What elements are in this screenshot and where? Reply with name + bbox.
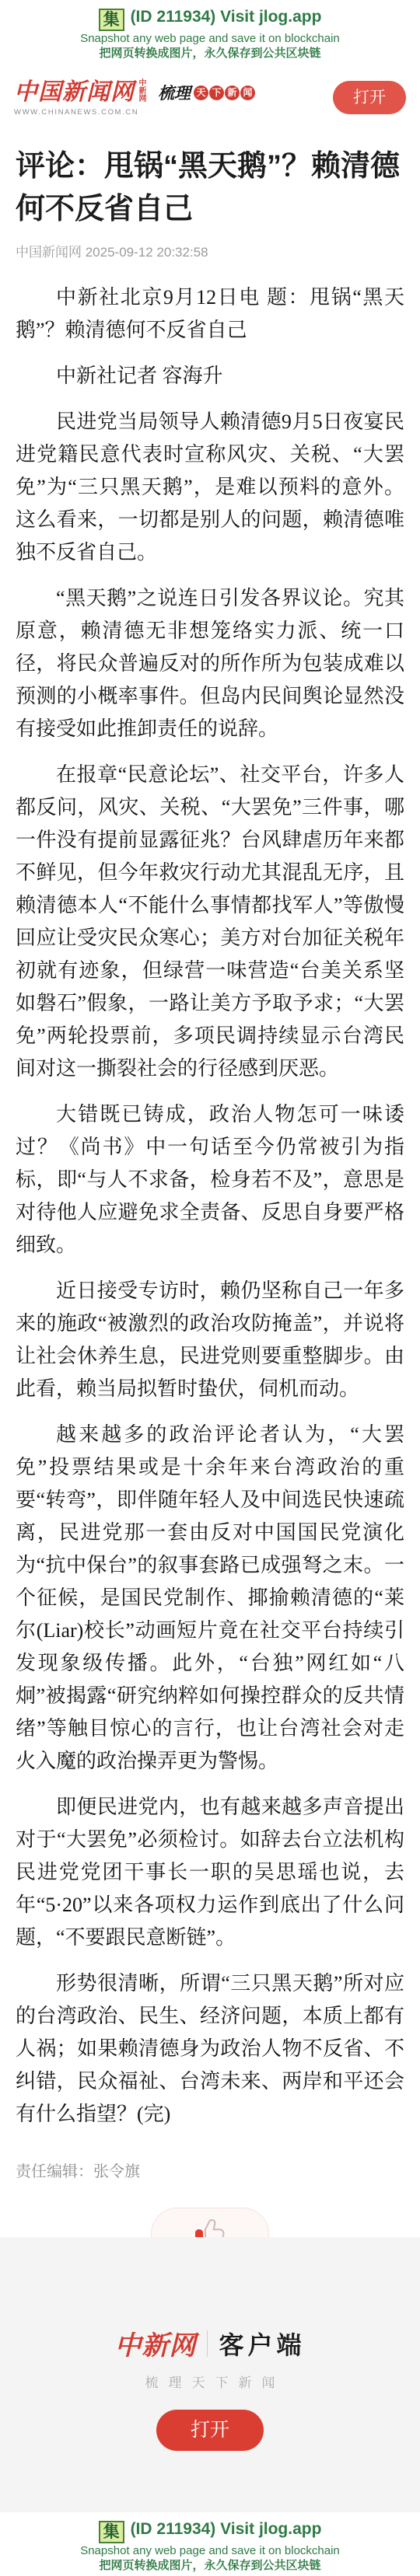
site-header: 中国新闻网 中新网 WWW.CHINANEWS.COM.CN 梳理 天 下 新 … xyxy=(0,68,420,127)
slogan-badge-icon: 天 xyxy=(194,86,208,100)
article-paragraph: 形势很清晰，所谓“三只黑天鹅”所对应的台湾政治、民生、经济问题，本质上都有人祸；… xyxy=(16,1967,404,2131)
open-app-button-footer[interactable]: 打开 xyxy=(156,2410,264,2451)
bottom-snapshot-banner: 集(ID 211934) Visit jlog.app Snapshot any… xyxy=(0,2512,420,2576)
slogan-badge-icon: 新 xyxy=(225,86,240,100)
slogan-badge-icon: 下 xyxy=(209,86,224,100)
article-body: 中新社北京9月12日电 题：甩锅“黑天鹅”？赖清德何不反省自己 中新社记者 容海… xyxy=(16,281,404,2131)
article-paragraph: 近日接受专访时，赖仍坚称自己一年多来的施政“被激烈的政治攻防掩盖”，并说将让社会… xyxy=(16,1275,404,1405)
article-paragraph: 民进党当局领导人赖清德9月5日夜宴民进党籍民意代表时宣称风灾、关税、“大罢免”为… xyxy=(16,406,404,569)
app-footer-slogan: 梳理天下新闻 xyxy=(0,2372,420,2391)
snapshot-banner-subtitle-en: Snapshot any web page and save it on blo… xyxy=(0,31,420,46)
app-footer: 中新网 客户端 梳理天下新闻 打开 xyxy=(0,2237,420,2512)
app-footer-logo: 中新网 客户端 xyxy=(0,2324,420,2362)
chinanews-logo-text: 中国新闻网 xyxy=(14,80,135,105)
article-paragraph: 中新社北京9月12日电 题：甩锅“黑天鹅”？赖清德何不反省自己 xyxy=(16,281,404,347)
article-paragraph: 在报章“民意论坛”、社交平台，许多人都反问，风灾、关税、“大罢免”三件事，哪一件… xyxy=(16,759,404,1085)
app-footer-logo-red: 中新网 xyxy=(114,2324,196,2362)
page: 集(ID 211934) Visit jlog.app Snapshot any… xyxy=(0,0,420,2576)
app-footer-logo-black: 客户端 xyxy=(219,2326,305,2361)
jlog-logo-icon: 集 xyxy=(99,9,124,31)
snapshot-banner-title[interactable]: (ID 211934) Visit jlog.app xyxy=(131,2520,322,2538)
slogan-badge-icon: 闻 xyxy=(240,86,255,100)
snapshot-banner-title-row[interactable]: 集(ID 211934) Visit jlog.app xyxy=(0,5,420,31)
chinanews-logo-side-text: 中新网 xyxy=(137,79,145,105)
snapshot-banner-subtitle-en: Snapshot any web page and save it on blo… xyxy=(0,2543,420,2558)
snapshot-banner-subtitle-zh: 把网页转换成图片，永久保存到公共区块链 xyxy=(0,2558,420,2573)
snapshot-banner-subtitle-zh: 把网页转换成图片，永久保存到公共区块链 xyxy=(0,46,420,61)
slogan-prefix-text: 梳理 xyxy=(158,81,191,104)
top-snapshot-banner: 集(ID 211934) Visit jlog.app Snapshot any… xyxy=(0,0,420,68)
open-app-button-header[interactable]: 打开 xyxy=(333,81,406,114)
article-meta: 中国新闻网 2025-09-12 20:32:58 xyxy=(16,241,404,260)
article-paragraph: 越来越多的政治评论者认为，“大罢免”投票结果或是十余年来台湾政治的重要“转弯”，… xyxy=(16,1419,404,1778)
jlog-logo-icon: 集 xyxy=(99,2521,124,2543)
logo-divider xyxy=(207,2330,208,2357)
chinanews-url: WWW.CHINANEWS.COM.CN xyxy=(14,108,145,117)
snapshot-banner-title-row[interactable]: 集(ID 211934) Visit jlog.app xyxy=(0,2518,420,2543)
snapshot-banner-title[interactable]: (ID 211934) Visit jlog.app xyxy=(131,8,322,26)
article-paragraph: “黑天鹅”之说连日引发各界议论。究其原意，赖清德无非想笼络实力派、统一口径，将民… xyxy=(16,582,404,745)
article: 评论：甩锅“黑天鹅”？赖清德何不反省自己 中国新闻网 2025-09-12 20… xyxy=(0,145,420,2260)
article-title: 评论：甩锅“黑天鹅”？赖清德何不反省自己 xyxy=(16,145,404,231)
slogan-logo: 梳理 天 下 新 闻 xyxy=(158,81,255,104)
article-paragraph: 即便民进党内，也有越来越多声音提出对于“大罢免”必须检讨。如辞去台立法机构民进党… xyxy=(16,1791,404,1954)
chinanews-logo[interactable]: 中国新闻网 中新网 WWW.CHINANEWS.COM.CN xyxy=(14,79,145,117)
editor-line: 责任编辑：张令旗 xyxy=(16,2159,404,2181)
article-paragraph: 大错既已铸成，政治人物怎可一味诿过？《尚书》中一句话至今仍常被引为指标，即“与人… xyxy=(16,1098,404,1262)
article-paragraph: 中新社记者 容海升 xyxy=(16,360,404,393)
